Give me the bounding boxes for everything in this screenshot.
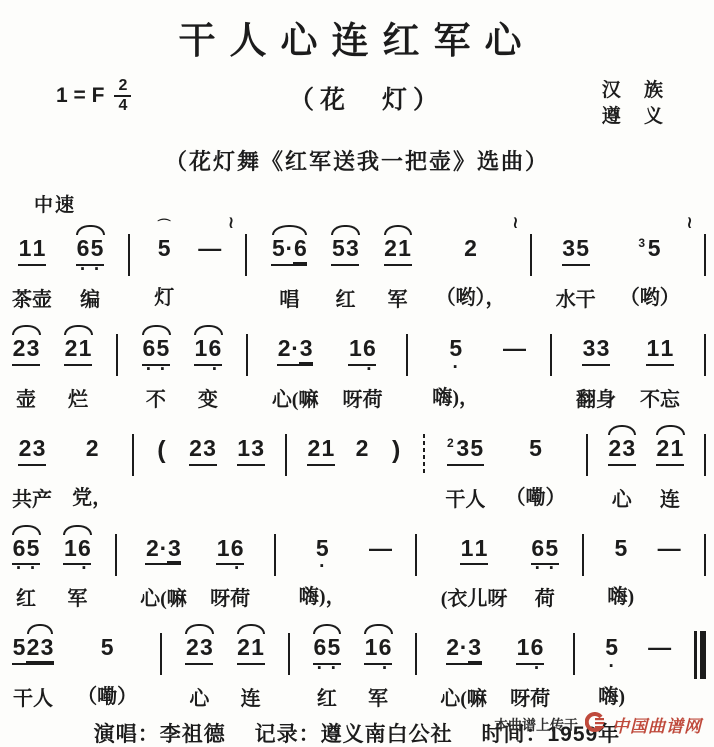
note-group: 16 ·呀荷 [342,319,382,412]
lyric: 红 [335,283,355,312]
slur-arc [27,624,53,634]
slur-arc [237,624,266,634]
lyric: 心(嘛 [272,383,319,412]
note-group: 21 连 [237,618,265,711]
parenthesis: ) [389,419,403,506]
lyric: 连 [660,483,680,512]
slur-arc [12,325,41,335]
octave-dots [271,266,307,275]
barline [132,434,134,476]
barline [415,534,417,576]
note-group: 2·3 心(嘛 [272,319,319,412]
lyric: 灯 [154,281,174,310]
grace-note: 3 [638,236,645,250]
lyric: 呀荷 [510,682,550,711]
note-group: 2·3 心(嘛 [440,618,487,711]
meter-numerator: 2 [114,78,131,97]
lyric: 红 [317,682,337,711]
octave-dots [656,466,684,475]
slur-arc [272,225,308,235]
octave-dots [145,565,181,574]
octave-dots [643,264,657,273]
lyric: 党， [72,481,112,510]
octave-dots [451,466,479,475]
score-line: 523 干人5 （嘞）23 心21 连65··红16 ·军2·3 心(嘛16 ·… [12,618,706,711]
octave-dots: · [63,565,91,574]
octave-dots: · [348,366,376,375]
octave-dots [185,665,213,674]
barline [704,234,706,276]
lyric: 翻身 [576,383,616,412]
note-group: 16 ·呀荷 [510,618,550,711]
note-group: ⌒5 灯 [154,219,174,310]
note-group: 5·6 唱 [271,219,307,312]
lyric: 嗨)， [432,381,479,410]
octave-dots [608,466,636,475]
octave-dots: · [216,565,244,574]
lyric: 红 [16,582,36,611]
lyric [200,483,205,506]
note-group: 11 茶壶 [12,219,52,312]
lyric: 共产 [12,483,52,512]
note-group: 5 （嘞） [77,618,137,709]
octave-dots [12,366,40,375]
note-group: 5·嗨) [598,618,625,709]
score-line: 23 共产2 党，( 23 13 21 2 ) 235 干人5 （嘞）23 心2… [12,419,706,512]
lyric: 水干 [556,283,596,312]
note-group: 5 嗨) [608,519,635,610]
barline [160,633,162,675]
lyric: 心 [612,483,632,512]
octave-dots [529,464,543,473]
note-group: 235 干人 [445,419,485,512]
note-group: 523 干人 [12,618,54,711]
rest-dash: — [503,319,526,404]
lyric: 干人 [445,483,485,512]
lyric: 荷 [535,582,555,611]
octave-dots [508,364,522,373]
octave-dots [12,665,54,674]
score: 11 茶壶65··编⌒5 灯≀— 5·6 唱53 红21 军≀2 （哟），35 … [12,219,706,711]
barline [704,434,706,476]
slur-arc [185,624,214,634]
octave-dots [189,466,217,475]
lyric: 心(嘛 [440,682,487,711]
note-group: ≀35 （哟） [620,219,680,310]
rest-dash: — [658,519,681,604]
octave-dots: · [516,665,544,674]
lyric: 连 [241,682,261,711]
lyric [378,580,383,603]
barline [246,334,248,376]
octave-dots [464,264,478,273]
barline [406,334,408,376]
slur-arc [313,624,342,634]
lyric: (衣儿呀 [441,582,508,611]
rest-dash: ≀— [198,219,221,304]
lyric: 嗨) [608,580,635,609]
slide-ornament-icon: ≀ [228,216,234,230]
page-title: 干人心连红军心 [0,0,714,64]
note-group: 23 壶 [12,319,40,412]
octave-dots [331,266,359,275]
note-group: 5·嗨)， [432,319,479,410]
octave-dots [373,563,387,572]
lyric: （嘞） [77,680,137,709]
barline [573,633,575,675]
note-group: 5 （嘞） [506,419,566,510]
slur-arc [194,325,223,335]
note-group: 65··荷 [531,519,559,612]
lyric: 军 [388,283,408,312]
slur-arc [384,225,413,235]
octave-dots [384,266,412,275]
slur-arc [76,225,105,235]
ethnic-region: 汉 族 遵 义 [602,78,672,129]
barline [285,434,287,476]
note-group: 2·3 心(嘛 [140,519,187,612]
note-group: 13 [237,419,265,506]
octave-dots: · [449,364,463,373]
barline [704,534,706,576]
lyric: 嗨) [598,680,625,709]
note-group: 23 [189,419,217,506]
lyric [360,481,365,504]
barline [245,234,247,276]
note-group: 16 ·军 [364,618,392,711]
note-group: 65··红 [12,519,40,612]
slide-ornament-icon: ≀ [686,216,692,230]
octave-dots [237,665,265,674]
score-line: 23 壶21 烂65··不16 ·变2·3 心(嘛16 ·呀荷5·嗨)，— 33… [12,319,706,412]
note-group: ≀2 （哟）， [436,219,506,310]
score-line: 11 茶壶65··编⌒5 灯≀— 5·6 唱53 红21 军≀2 （哟），35 … [12,219,706,312]
lyric: 干人 [13,682,53,711]
lyric [248,483,253,506]
octave-dots [18,266,46,275]
song-sheet: 干人心连红军心 1 = F 2 4 （花 灯） 汉 族 遵 义 （花灯舞《红军送… [0,0,714,747]
octave-dots: · [315,563,329,572]
grace-note: 2 [447,436,454,450]
octave-dots [307,466,335,475]
lyric: 唱 [279,283,299,312]
octave-dots [582,366,610,375]
watermark: 本曲谱上传于 中国曲谱网 [494,712,702,737]
octave-dots: ·· [12,565,40,574]
note-group: 65··编 [76,219,104,312]
tempo-marking: 中速 [34,190,714,217]
octave-dots: · [605,663,619,672]
slur-arc [331,225,360,235]
octave-dots [85,464,99,473]
lyric [512,381,517,404]
octave-dots [446,665,482,674]
note-group: 16 ·变 [194,319,222,412]
slide-ornament-icon: ≀ [512,216,518,230]
barline [704,334,706,376]
region-line1: 汉 族 [602,78,672,104]
octave-dots [646,366,674,375]
slur-arc [142,325,171,335]
region-line2: 遵 义 [602,104,672,130]
note-group: 23 共产 [12,419,52,512]
lyric: 心(嘛 [140,582,187,611]
note-group: 35 水干 [556,219,596,312]
octave-dots: ·· [531,565,559,574]
rest-dash: — [648,618,671,703]
octave-dots [100,663,114,672]
lyric: 不 [146,383,166,412]
parenthesis: ( [154,419,168,506]
meter-fraction: 2 4 [114,78,131,114]
site-logo-icon [585,712,605,737]
note-group: 11 不忘 [640,319,680,412]
lyric: 心 [189,682,209,711]
octave-dots: ·· [313,665,341,674]
lyric: 变 [198,383,218,412]
note-group: 2 党， [72,419,112,510]
final-barline [694,618,706,679]
note-group: 33 翻身 [576,319,616,412]
watermark-prefix: 本曲谱上传于 [494,715,578,735]
octave-dots: ·· [76,266,104,275]
slur-arc [656,425,685,435]
barline [586,434,588,476]
barline [415,633,417,675]
octave-dots: · [364,665,392,674]
score-line: 65··红16 ·军2·3 心(嘛16 ·呀荷5·嗨)，— 11 (衣儿呀65·… [12,519,706,612]
lyric [318,483,323,506]
barline [550,334,552,376]
barline [115,534,117,576]
key-text: 1 = F [56,84,104,108]
lyric: （哟）， [436,281,506,310]
octave-dots [154,466,168,475]
key-row: 1 = F 2 4 （花 灯） 汉 族 遵 义 [0,78,714,129]
note-group: 23 心 [608,419,636,512]
octave-dots [653,663,667,672]
octave-dots [237,466,265,475]
lyric: 呀荷 [210,582,250,611]
lyric: 不忘 [640,383,680,412]
site-name: 中国曲谱网 [612,712,702,737]
octave-dots [562,266,590,275]
lyric: 军 [67,582,87,611]
note-group: 11 (衣儿呀 [441,519,508,612]
octave-dots [277,366,313,375]
note-group: 65··红 [313,618,341,711]
lyric: 壶 [16,383,36,412]
arc-ornament-icon: ⌒ [154,219,174,236]
barline [288,633,290,675]
octave-dots [460,565,488,574]
octave-dots [203,264,217,273]
lyric: 编 [80,283,100,312]
lyric: 茶壶 [12,283,52,312]
barline [128,234,130,276]
octave-dots [662,563,676,572]
key-signature: 1 = F 2 4 [56,78,131,114]
lyric [394,483,399,506]
lyric: 军 [368,682,388,711]
octave-dots [18,466,46,475]
lyric: 烂 [68,383,88,412]
rest-dash: — [369,519,392,604]
note-group: 21 军 [384,219,412,312]
octave-dots [389,466,403,475]
octave-dots [614,563,628,572]
note-group: 2 [355,419,369,504]
slur-arc [364,624,393,634]
barline [116,334,118,376]
barline [582,534,584,576]
note-group: 65··不 [142,319,170,412]
barline [423,434,425,476]
slur-arc [63,525,92,535]
octave-dots [64,366,92,375]
note-group: 16 ·军 [63,519,91,612]
lyric [159,483,164,506]
barline [530,234,532,276]
source-note: （花灯舞《红军送我一把壶》选曲） [0,145,714,176]
lyric: （嘞） [506,481,566,510]
note-group: 5·嗨)， [299,519,346,610]
lyric [207,281,212,304]
note-group: 53 红 [331,219,359,312]
slur-arc [64,325,93,335]
lyric [657,680,662,703]
lyric [667,580,672,603]
meter-denominator: 4 [114,97,131,114]
subtitle: （花 灯） [131,78,601,116]
note-group: 21 烂 [64,319,92,412]
lyric: 嗨)， [299,580,346,609]
barline [274,534,276,576]
note-group: 16 ·呀荷 [210,519,250,612]
octave-dots: ·· [142,366,170,375]
octave-dots: · [194,366,222,375]
lyric: （哟） [620,281,680,310]
note-group: 21 连 [656,419,684,512]
lyric: 呀荷 [342,383,382,412]
note-group: 23 心 [185,618,213,711]
slur-arc [12,525,41,535]
octave-dots [355,464,369,473]
slur-arc [608,425,637,435]
octave-dots [157,264,171,273]
note-group: 21 [307,419,335,506]
